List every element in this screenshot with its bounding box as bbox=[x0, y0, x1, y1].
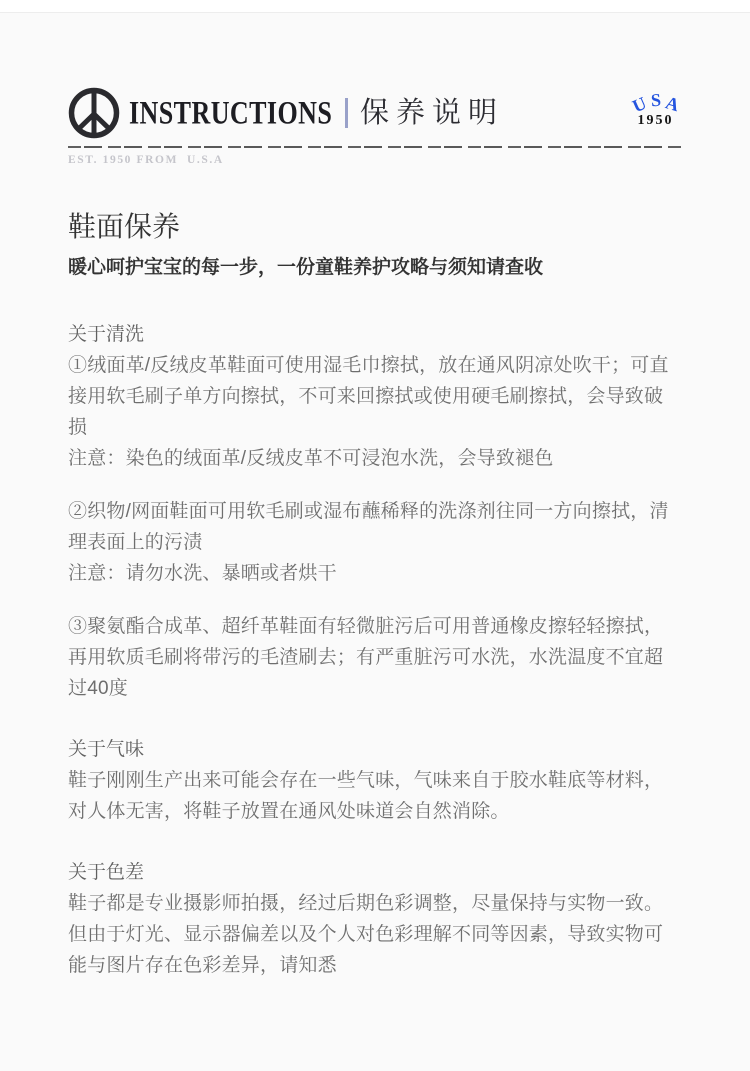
stamp-usa-arc: U S A bbox=[631, 90, 680, 111]
paragraph-line: ③聚氨酯合成革、超纤革鞋面有轻微脏污后可用普通橡皮擦轻轻擦拭，再用软质毛刷将带污… bbox=[68, 611, 682, 704]
paragraph-line: ①绒面革/反绒皮革鞋面可使用湿毛巾擦拭，放在通风阴凉处吹干；可直接用软毛刷子单方… bbox=[68, 350, 682, 443]
content-container: INSTRUCTIONS 保养说明 U S A 1950 EST. 1950 F… bbox=[0, 87, 750, 981]
section-odor: 关于气味 鞋子刚刚生产出来可能会存在一些气味，气味来自于胶水鞋底等材料，对人体无… bbox=[68, 734, 682, 827]
section-color-difference: 关于色差 鞋子都是专业摄影师拍摄，经过后期色彩调整，尽量保持与实物一致。但由于灯… bbox=[68, 857, 682, 981]
paragraph-block: 鞋子都是专业摄影师拍摄，经过后期色彩调整，尽量保持与实物一致。但由于灯光、显示器… bbox=[68, 888, 682, 981]
section-heading: 关于清洗 bbox=[68, 319, 682, 350]
section-cleaning: 关于清洗 ①绒面革/反绒皮革鞋面可使用湿毛巾擦拭，放在通风阴凉处吹干；可直接用软… bbox=[68, 319, 682, 704]
paragraph-block: ③聚氨酯合成革、超纤革鞋面有轻微脏污后可用普通橡皮擦轻轻擦拭，再用软质毛刷将带污… bbox=[68, 611, 682, 704]
established-caption: EST. 1950 FROM U.S.A bbox=[68, 154, 682, 166]
paragraph-line: 鞋子都是专业摄影师拍摄，经过后期色彩调整，尽量保持与实物一致。但由于灯光、显示器… bbox=[68, 888, 682, 981]
header-rule bbox=[68, 146, 682, 148]
brand-header: INSTRUCTIONS 保养说明 U S A 1950 bbox=[68, 87, 682, 139]
brand-wordmark-en: INSTRUCTIONS bbox=[129, 94, 332, 132]
page-title: 鞋面保养 bbox=[68, 210, 682, 244]
paragraph-block: ②织物/网面鞋面可用软毛刷或湿布蘸稀释的洗涤剂往同一方向擦拭，清理表面上的污渍 … bbox=[68, 496, 682, 589]
brand-wordmark-cn: 保养说明 bbox=[360, 96, 504, 130]
stamp-letter: S bbox=[650, 89, 661, 111]
care-instructions-page: { "colors": { "page_bg": "#fafafa", "top… bbox=[0, 0, 750, 1071]
usa-1950-stamp: U S A 1950 bbox=[631, 90, 682, 129]
page-subtitle: 暖心呵护宝宝的每一步，一份童鞋养护攻略与须知请查收 bbox=[68, 254, 682, 282]
paragraph-line: 注意：请勿水洗、暴晒或者烘干 bbox=[68, 558, 682, 589]
paragraph-line: 注意：染色的绒面革/反绒皮革不可浸泡水洗，会导致褪色 bbox=[68, 443, 682, 474]
paragraph-block: ①绒面革/反绒皮革鞋面可使用湿毛巾擦拭，放在通风阴凉处吹干；可直接用软毛刷子单方… bbox=[68, 350, 682, 474]
paragraph-block: 鞋子刚刚生产出来可能会存在一些气味，气味来自于胶水鞋底等材料，对人体无害，将鞋子… bbox=[68, 765, 682, 827]
section-heading: 关于色差 bbox=[68, 857, 682, 888]
brand-separator bbox=[345, 98, 348, 128]
peace-sign-icon bbox=[68, 87, 120, 139]
top-divider-strip bbox=[0, 0, 750, 13]
section-heading: 关于气味 bbox=[68, 734, 682, 765]
paragraph-line: ②织物/网面鞋面可用软毛刷或湿布蘸稀释的洗涤剂往同一方向擦拭，清理表面上的污渍 bbox=[68, 496, 682, 558]
paragraph-line: 鞋子刚刚生产出来可能会存在一些气味，气味来自于胶水鞋底等材料，对人体无害，将鞋子… bbox=[68, 765, 682, 827]
